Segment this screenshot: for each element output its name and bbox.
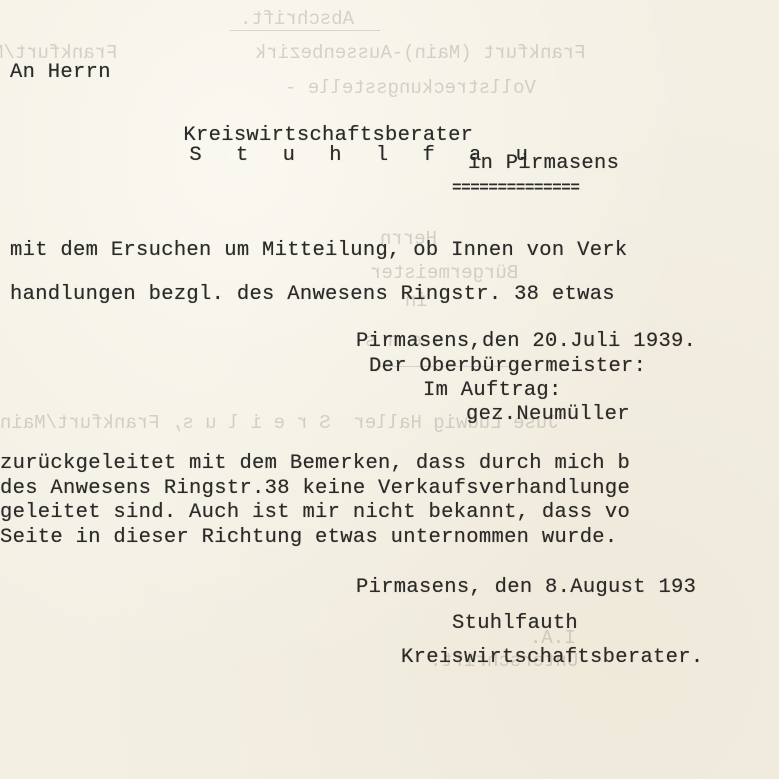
- second-place-date: Pirmasens, den 8.August 193: [356, 578, 696, 599]
- location-underline: ==============: [452, 180, 579, 196]
- first-place-date: Pirmasens,den 20.Juli 1939.: [356, 332, 696, 353]
- addressee-location: in Pirmasens: [468, 154, 619, 175]
- bleed-through-line: Abschrift.: [240, 8, 354, 30]
- bleed-through-line: Vollstreckungsstelle -: [285, 77, 536, 99]
- first-office: Der Oberbürgermeister:: [369, 357, 646, 378]
- request-line: mit dem Ersuchen um Mitteilung, ob Innen…: [10, 241, 628, 262]
- first-on-behalf: Im Auftrag:: [423, 381, 562, 402]
- reply-line: des Anwesens Ringstr.38 keine Verkaufsve…: [0, 479, 630, 500]
- reply-line: zurückgeleitet mit dem Bemerken, dass du…: [0, 454, 630, 475]
- request-line: handlungen bezgl. des Anwesens Ringstr. …: [10, 285, 615, 306]
- bleed-through-line: Bürgermeister: [370, 262, 518, 284]
- bleed-through-line: Frankfurt (Main)-Aussenbezirk: [255, 42, 586, 64]
- first-signed: gez.Neumüller: [466, 405, 630, 426]
- bleed-through-underline: [230, 30, 380, 31]
- reply-line: geleitet sind. Auch ist mir nicht bekann…: [0, 503, 630, 524]
- salutation: An Herrn: [10, 63, 111, 84]
- second-signer-name: Stuhlfauth: [452, 614, 578, 635]
- second-signer-title: Kreiswirtschaftsberater.: [401, 648, 703, 669]
- document-page: Abschrift. Frankfurt (Main)-Aussenbezirk…: [0, 0, 779, 779]
- reply-line: Seite in dieser Richtung etwas unternomm…: [0, 528, 618, 549]
